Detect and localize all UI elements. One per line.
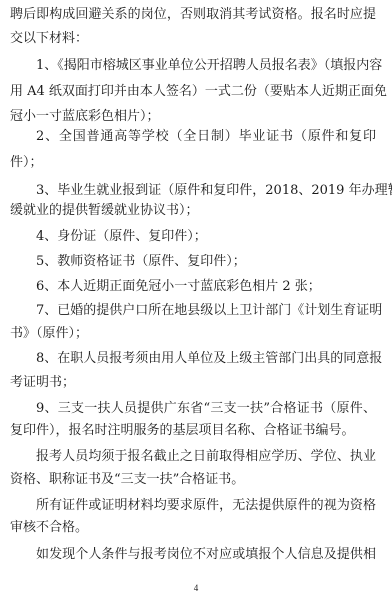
paragraph-originals: 所有证件或证明材料均要求原件，无法提供原件的视为资格 [36,498,376,514]
paragraph-qualifications: 报考人员均须于报名截止之日前取得相应学历、学位、执业 [36,449,376,465]
text-line: 件）； [10,155,376,171]
list-item-4: 4、身份证（原件、复印件）； [36,229,376,245]
text-line: 交以下材料： [10,31,376,47]
text-line: 书》（原件）； [10,326,376,342]
list-item-3: 3、毕业生就业报到证（原件和复印件，2018、2019 年办理暂 [36,183,376,199]
list-item-2: 2、全国普通高等学校（全日制）毕业证书（原件和复印 [36,129,376,145]
text-line: 资格、职称证书及“三支一扶”合格证书。 [10,472,376,488]
list-item-1: 1、《揭阳市榕城区事业单位公开招聘人员报名表》（填报内容 [36,58,376,74]
text-line: 复印件），报名时注明服务的基层项目名称、合格证书编号。 [10,423,376,439]
page-number: 4 [0,583,392,593]
text-line: 冠小一寸蓝底彩色相片）； [10,109,376,125]
text-line: 审核不合格。 [10,520,376,536]
list-item-7: 7、已婚的提供户口所在地县级以上卫计部门《计划生育证明 [36,303,376,319]
document-page: 聘后即构成回避关系的岗位，否则取消其考试资格。报名时应提 交以下材料： 1、《揭… [0,0,392,603]
list-item-8: 8、在职人员报考须由用人单位及上级主管部门出具的同意报 [36,351,376,367]
text-line: 聘后即构成回避关系的岗位，否则取消其考试资格。报名时应提 [10,7,376,23]
paragraph-mismatch: 如发现个人条件与报考岗位不对应或填报个人信息及提供相 [36,547,376,563]
list-item-9: 9、三支一扶人员提供广东省“三支一扶”合格证书（原件、 [36,401,376,417]
text-line: 考证明书； [10,375,376,391]
list-item-5: 5、教师资格证书（原件、复印件）； [36,254,376,270]
list-item-6: 6、本人近期正面免冠小一寸蓝底彩色相片 2 张； [36,279,376,295]
text-line: 缓就业的提供暂缓就业协议书）； [10,203,376,219]
text-line: 用 A4 纸双面打印并由本人签名）一式二份（要贴本人近期正面免 [10,84,376,100]
